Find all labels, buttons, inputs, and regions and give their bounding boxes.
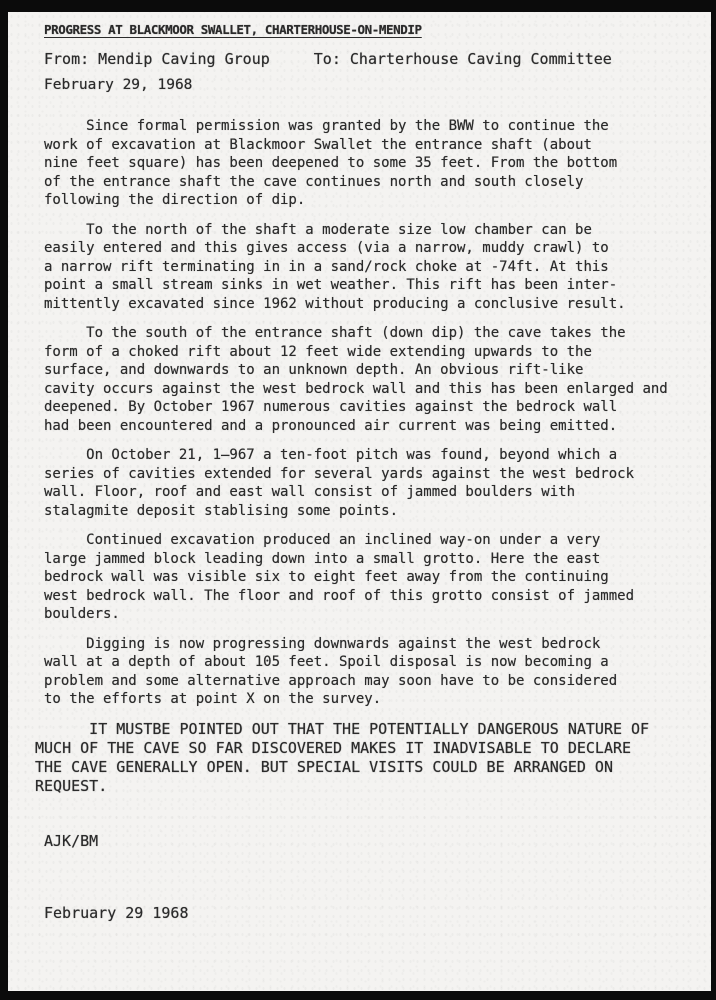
paragraph-intro-excavation: Since formal permission was granted by t… — [44, 117, 683, 210]
from-line: From: Mendip Caving Group — [44, 50, 270, 68]
document-page: PROGRESS AT BLACKMOOR SWALLET, CHARTERHO… — [8, 12, 711, 991]
signoff-block: AJK/BM February 29 1968 — [44, 781, 189, 973]
paragraph-digging-progress: Digging is now progressing downwards aga… — [44, 635, 683, 709]
from-to-row: From: Mendip Caving Group To: Charterhou… — [44, 50, 683, 68]
paragraph-grotto: Continued excavation produced an incline… — [44, 531, 683, 624]
paragraph-north-of-shaft: To the north of the shaft a moderate siz… — [44, 221, 683, 314]
to-line: To: Charterhouse Caving Committee — [314, 50, 612, 68]
signoff-date: February 29 1968 — [44, 901, 189, 925]
paragraph-south-of-shaft: To the south of the entrance shaft (down… — [44, 324, 683, 435]
scan-border-frame: PROGRESS AT BLACKMOOR SWALLET, CHARTERHO… — [0, 0, 716, 1000]
paragraph-october-pitch: On October 21, 1̶967 a ten-foot pitch wa… — [44, 446, 683, 520]
letter-body: Since formal permission was granted by t… — [44, 117, 683, 796]
document-title: PROGRESS AT BLACKMOOR SWALLET, CHARTERHO… — [44, 22, 683, 37]
signoff-initials: AJK/BM — [44, 829, 189, 853]
date-line: February 29, 1968 — [44, 77, 683, 93]
